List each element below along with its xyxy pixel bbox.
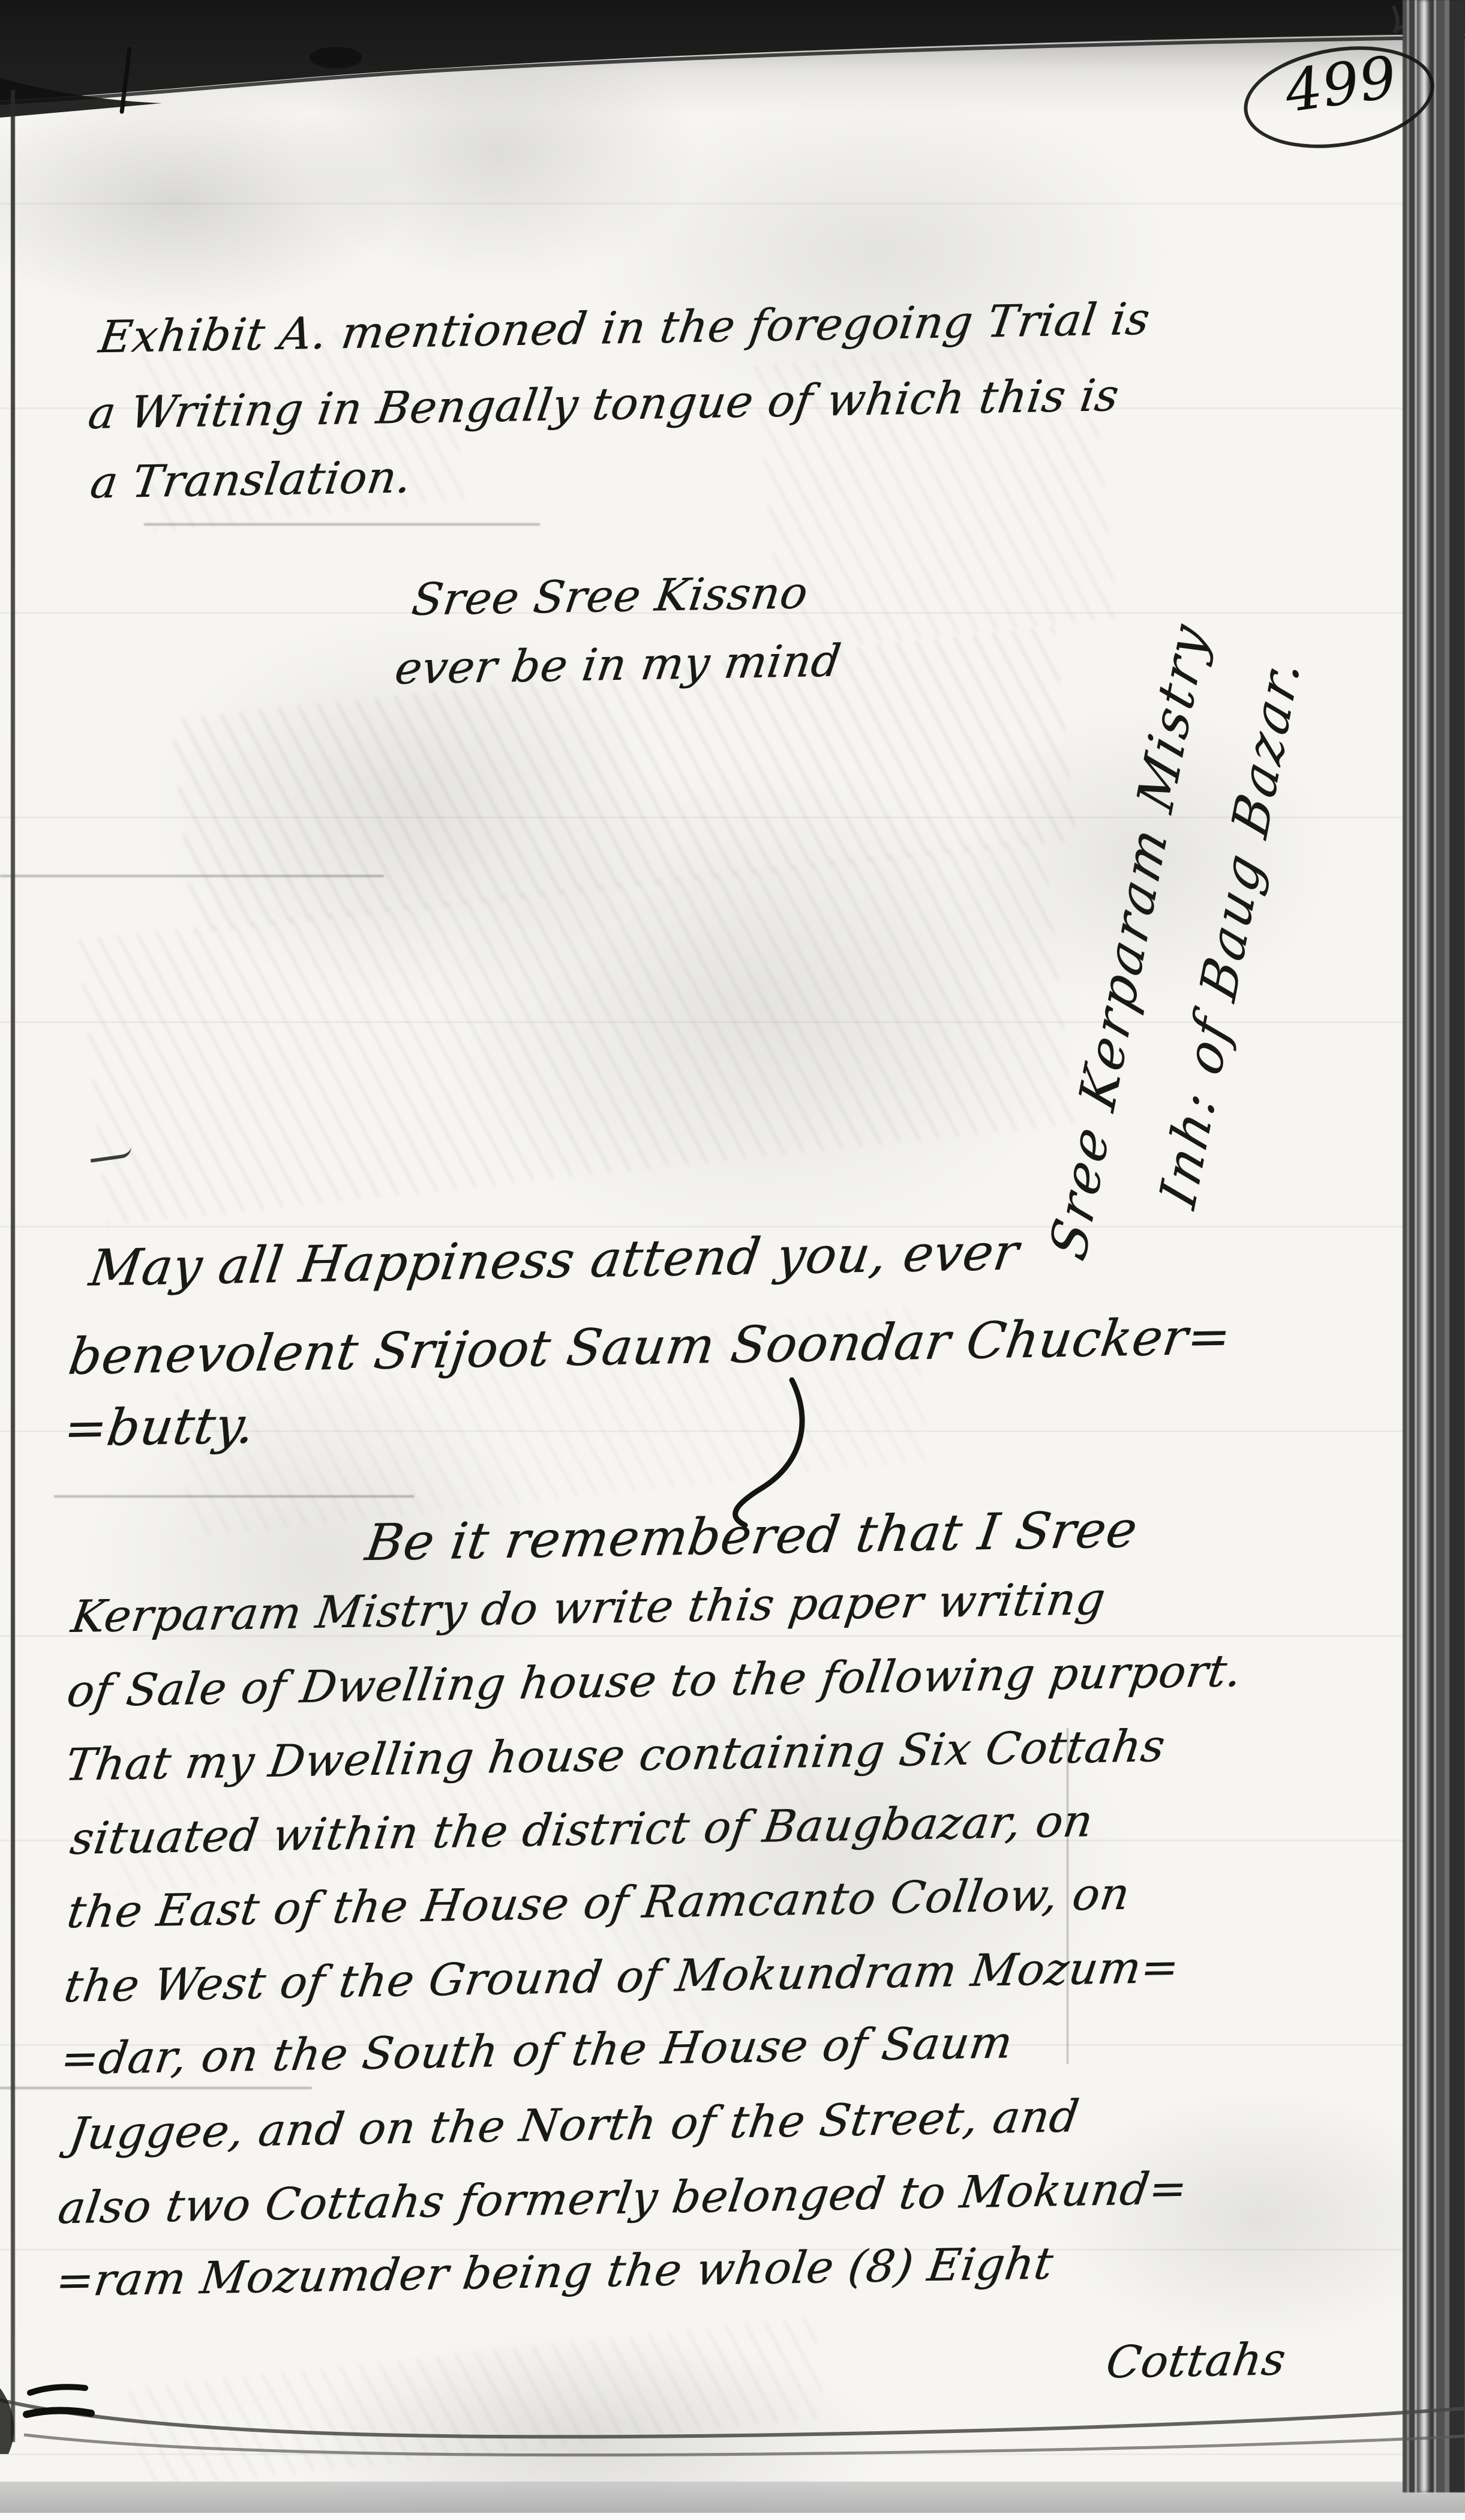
intro-line: a Translation. (87, 452, 415, 508)
invocation-line: ever be in my mind (392, 636, 844, 695)
salutation-line: =butty. (61, 1396, 259, 1457)
scan-streak (144, 523, 540, 526)
invocation-line: Sree Sree Kissno (409, 568, 811, 626)
manuscript-page: Exhibit A. mentioned in the foregoing Tr… (0, 0, 1465, 2520)
scan-streak (0, 875, 384, 877)
page-left-edge (11, 90, 15, 2442)
scan-streak (54, 1495, 414, 1498)
book-gutter-edge[interactable] (1403, 0, 1465, 2492)
scan-streak (0, 2087, 312, 2089)
page-bottom-curl (0, 2364, 1465, 2520)
scan-margin (0, 2513, 1465, 2520)
